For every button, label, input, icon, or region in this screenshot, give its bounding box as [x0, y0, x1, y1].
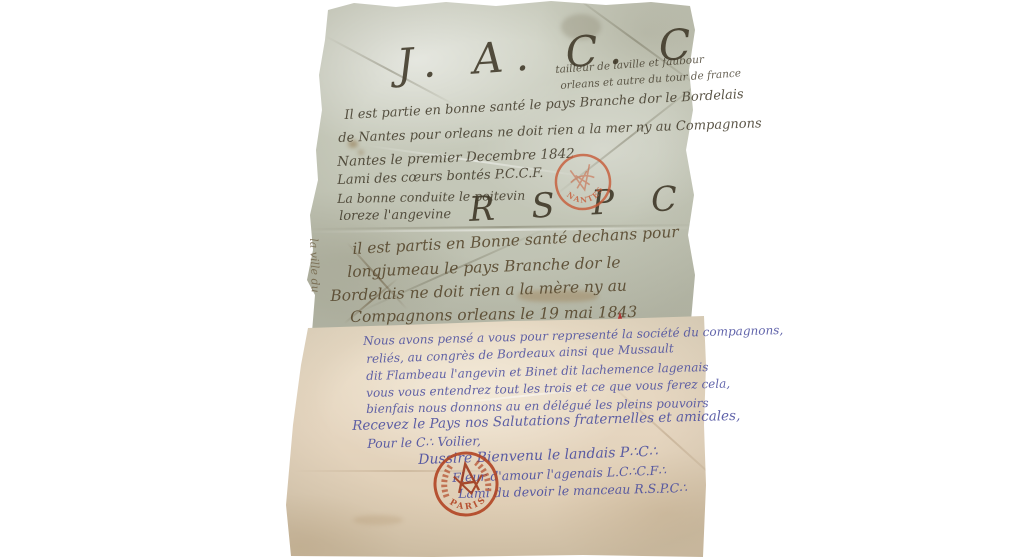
diagonal-crease: [552, 74, 711, 199]
ink-stain: [358, 150, 364, 155]
paper-stain: [353, 515, 403, 525]
fold-highlight: [306, 227, 702, 233]
ink-stain: [348, 140, 358, 148]
crease-highlight: [423, 385, 622, 408]
diagonal-crease: [604, 378, 732, 493]
crease-highlight: [367, 145, 585, 178]
brown-smudge: [518, 290, 598, 302]
fold-crease: [306, 224, 702, 230]
document-photo: J. A. C. C tailleur de laville et faubou…: [0, 0, 1009, 560]
diagonal-crease: [563, 0, 710, 95]
upper-manuscript-sheet: [306, 0, 702, 332]
diagonal-crease: [324, 35, 457, 107]
corner-shadow: [561, 14, 601, 40]
lower-manuscript-sheet: [283, 305, 707, 559]
fold-crease: [293, 470, 513, 472]
diagonal-crease: [355, 227, 548, 314]
